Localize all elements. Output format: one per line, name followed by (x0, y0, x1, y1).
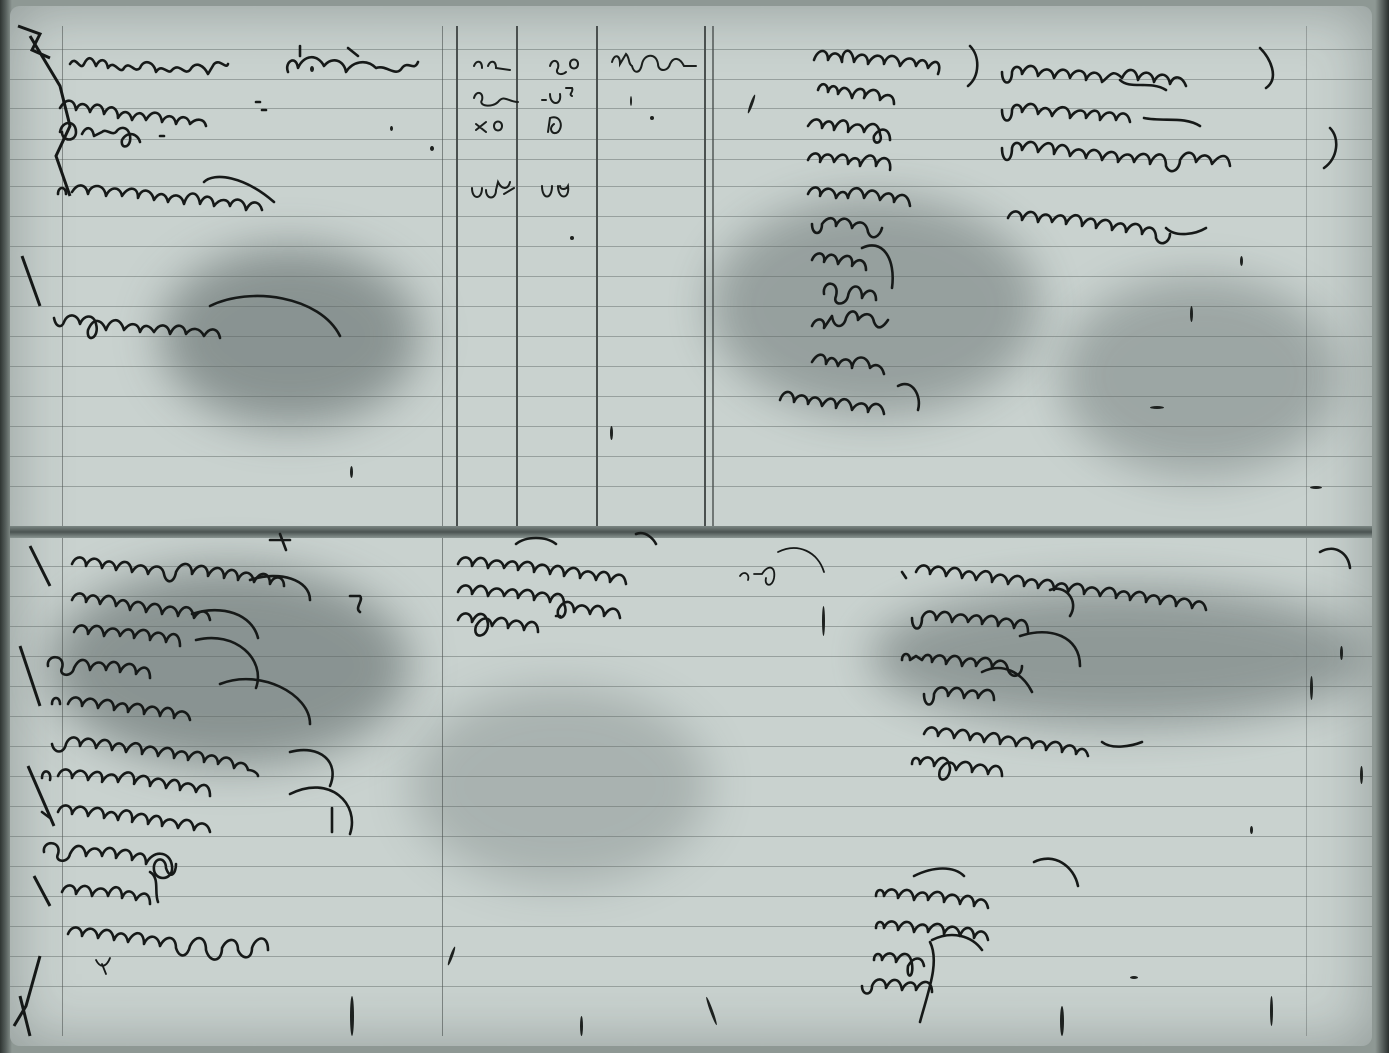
handwritten-line: ဒုဒ်ကြိုင် (922, 680, 1062, 710)
footnote-mark: ၄ (94, 956, 114, 976)
list-item: ဆရိုင် (810, 248, 920, 276)
list-item: အဘိုးပြ (806, 112, 926, 140)
list-item: ပဲမြော် (810, 214, 920, 242)
amount-cell: ၁၄ (472, 54, 522, 74)
handwritten-line: ၄ ရွာ မြေကြွက် ဂေါ်ကျော် (1000, 56, 1330, 86)
handwritten-line: ဖြစ်လျှ။ (56, 120, 186, 146)
handwritten-line: ကြောင်းတွင်ကာလေး (56, 94, 286, 120)
amount-cell: ၁၆ (544, 114, 584, 138)
list-item: ဒုဒေါ်တကော်ကြော် (40, 798, 360, 828)
list-item: ဒုဒ်တော်ဒေါ်ခေါ် (40, 836, 260, 868)
list-item: ကြောင်းကြော်ကြောင်းတော (50, 734, 370, 762)
list-item: ကြော်ကြောင်းတော်ကျွန် (66, 920, 326, 956)
handwritten-line: ဒေါ်ဒရွာကြောင် (900, 646, 1100, 676)
list-item: ကျွန်ကြော် (806, 180, 946, 208)
aside-number: ၄.၃ (738, 562, 828, 592)
amount-cell: ပစ္စ (470, 180, 520, 202)
list-item: ကျပ်ပြ ကြောင် (778, 386, 938, 416)
list-item: တိုက်ရှ (810, 312, 920, 340)
list-item: ဒေါ်ကြည်ကြော် (50, 690, 310, 720)
handwritten-line: ၄ ရွာ ဒေါ်ဇော်ကောင် (1000, 96, 1220, 126)
handwritten-line: ၄ ရွာ တော်ဒိုက် ကျော်ကျော် ငွေ (1000, 134, 1360, 168)
list-item: ကတော်ကျွန်တော် တောကျော် (70, 550, 410, 578)
handwritten-line: ဘ ကြည် (860, 972, 980, 1002)
list-item: ကျွန်ကျော် ကျွန်ုပ် (70, 586, 390, 614)
list-item: ကြော်ဘ (60, 878, 180, 908)
list-item: ဒေါ်ဦးဦး (46, 650, 286, 680)
list-item: အမေ (810, 348, 920, 376)
manuscript-sheet: ဒါဖြစ်ပြောဥစ္စာမြင်ပေါ်ကျ ပိုက်ဆံတောင် [… (10, 6, 1372, 1046)
list-item: ဒတ်တော်ဒကြောင်း (40, 762, 350, 792)
handwritten-line: ကျွန်ုပ် (456, 606, 596, 634)
handwritten-line: ဒုဇွာရှင်ဇော် (910, 750, 1060, 780)
list-item: တစ်တောကျော် (72, 618, 272, 646)
list-item: ပြိုင် (820, 278, 900, 308)
list-item: ဒုဒ်ပြင် (816, 78, 926, 104)
amount-cell: ၇၇ (540, 180, 580, 202)
amount-cell: ၃၀ (548, 54, 588, 74)
handwritten-line: ဒုဒ်ဒတ်မောင် (874, 914, 1034, 942)
handwritten-line: မ ကျဉ်ကြည်ဒါ (874, 882, 1084, 912)
handwritten-note-line: ခရွာအကြောင်းပြောင်းစေ [?] (50, 306, 350, 340)
amount-cell: ၂၃ (540, 86, 580, 106)
handwritten-line: ဒုပ်တော်ရှုဒေါ် (910, 604, 1110, 634)
handwritten-line: တစ်ရွာကျော်ကြည်ကြောင်း (922, 720, 1182, 750)
amount-cell: ၄၀ (472, 116, 512, 136)
handwritten-line: ဒါဖြစ်ပြောဥစ္စာမြင်ပေါ်ကျ ပိုက်ဆံတောင် [… (68, 52, 448, 82)
amount-cell: ၄၄ (472, 86, 522, 106)
fold-crease (10, 526, 1372, 538)
handwritten-line: ကြော်ဒါဒြှရှိကြည် (456, 578, 716, 606)
list-item: ချုပြေမှဆောင် (810, 42, 990, 70)
list-item: ရှမ်းကြော် (806, 146, 926, 174)
amount-cell: ကျွန်တော် [?] (610, 48, 700, 72)
handwritten-line: ဦးကြိုင်ကြီးကြိုင်ကျောင်းတောကော (900, 558, 1360, 588)
handwritten-line: ပြောင်လျှောခုပ်ဒီနှင့်ငွေ (54, 178, 324, 208)
handwritten-line: ကျော်ခမ်းတော် ငွေကြ (1006, 204, 1266, 238)
handwritten-line: ကတော်ကြည်ကြော် ကြည် (456, 550, 716, 578)
